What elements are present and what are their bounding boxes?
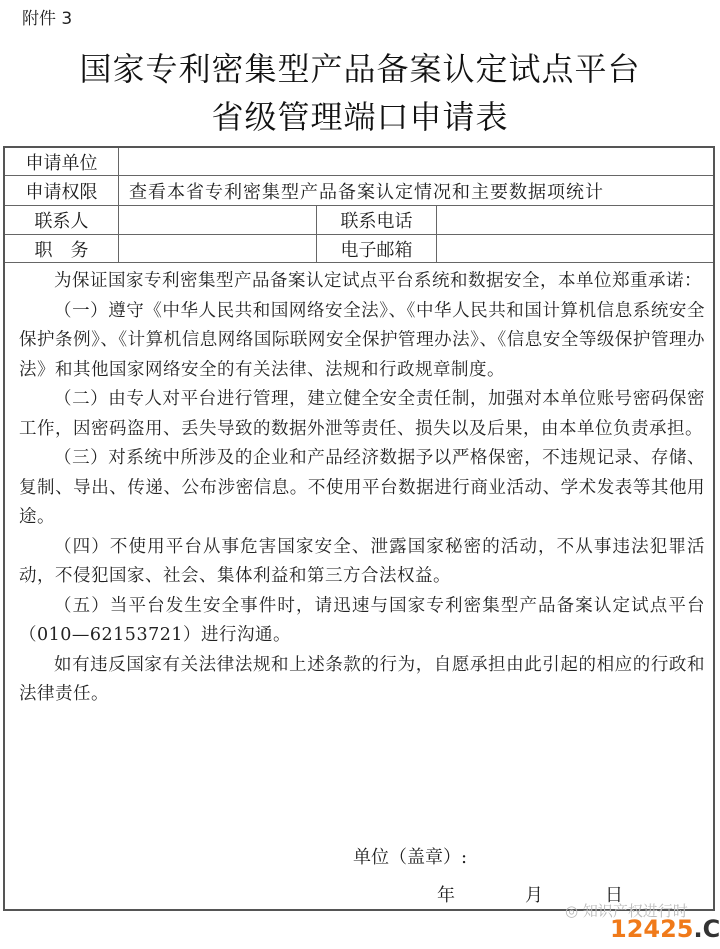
applicant-unit-label: 申请单位 (5, 148, 119, 175)
commitment-item-4: （四）不使用平台从事危害国家安全、泄露国家秘密的活动，不从事违法犯罪活动，不侵犯… (19, 533, 705, 592)
commitment-item-1: （一）遵守《中华人民共和国网络安全法》、《中华人民共和国计算机信息系统安全保护条… (19, 297, 705, 386)
brand-number: 12425 (610, 915, 694, 943)
commitment-closing: 如有违反国家有关法律法规和上述条款的行为，自愿承担由此引起的相应的行政和法律责任… (19, 651, 705, 710)
position-label: 职 务 (5, 235, 119, 262)
wechat-icon: ◎ (565, 902, 583, 920)
date-year: 年 (437, 881, 455, 907)
signature-label: 单位（盖章）: (353, 843, 467, 869)
permission-label: 申请权限 (5, 176, 119, 205)
brand-logo: 12425.CN (610, 915, 720, 943)
commitment-item-5: （五）当平台发生安全事件时，请迅速与国家专利密集型产品备案认定试点平台（010—… (19, 592, 705, 651)
row-position: 职 务 电子邮箱 (5, 235, 713, 263)
contact-person-field[interactable] (119, 206, 317, 234)
email-label: 电子邮箱 (317, 235, 437, 262)
date-month: 月 (525, 881, 543, 907)
commitment-intro: 为保证国家专利密集型产品备案认定试点平台系统和数据安全，本单位郑重承诺： (19, 267, 705, 297)
commitment-item-2: （二）由专人对平台进行管理，建立健全安全责任制，加强对本单位账号密码保密工作，因… (19, 385, 705, 444)
contact-person-label: 联系人 (5, 206, 119, 234)
applicant-unit-field[interactable] (119, 148, 713, 175)
row-permission: 申请权限 查看本省专利密集型产品备案认定情况和主要数据项统计 (5, 176, 713, 206)
permission-value: 查看本省专利密集型产品备案认定情况和主要数据项统计 (119, 176, 713, 205)
page-subtitle: 省级管理端口申请表 (0, 92, 720, 138)
row-applicant-unit: 申请单位 (5, 148, 713, 176)
application-form: 申请单位 申请权限 查看本省专利密集型产品备案认定情况和主要数据项统计 联系人 … (3, 146, 715, 911)
row-contact: 联系人 联系电话 (5, 206, 713, 235)
position-field[interactable] (119, 235, 317, 262)
page-title: 国家专利密集型产品备案认定试点平台 (0, 44, 720, 90)
brand-suffix: .CN (694, 915, 720, 943)
commitment-item-3: （三）对系统中所涉及的企业和产品经济数据予以严格保密，不违规记录、存储、复制、导… (19, 444, 705, 533)
attachment-label: 附件 3 (22, 4, 72, 29)
email-field[interactable] (437, 235, 713, 262)
commitment-text: 为保证国家专利密集型产品备案认定试点平台系统和数据安全，本单位郑重承诺： （一）… (19, 267, 705, 710)
contact-phone-label: 联系电话 (317, 206, 437, 234)
contact-phone-field[interactable] (437, 206, 713, 234)
